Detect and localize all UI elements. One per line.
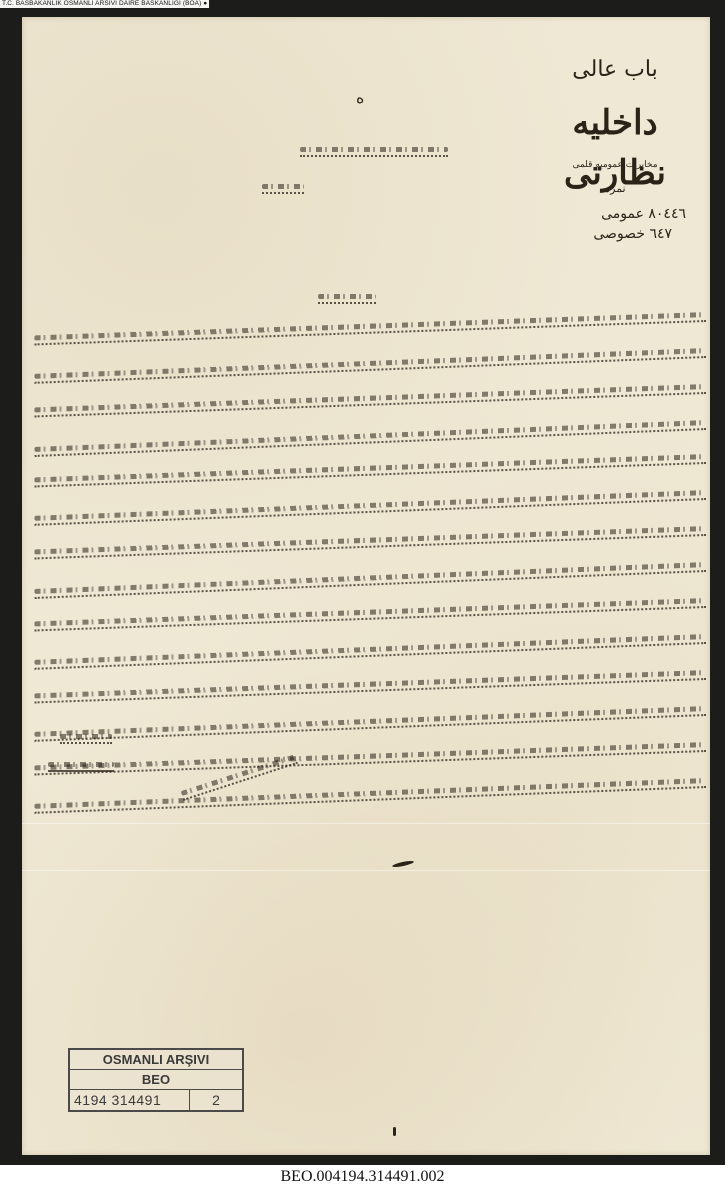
fold-line [22,870,710,871]
body-line [318,292,376,304]
stamp-page: 2 [190,1090,242,1110]
stamp-file-number: 4194 314491 [70,1090,190,1110]
letterhead-number-label: نمره [530,180,700,198]
stamp-title: OSMANLI ARŞIVI [70,1050,242,1070]
letterhead-emblem: باب عالی [530,50,700,90]
ink-mark [393,1127,396,1136]
archive-watermark: T.C. BASBAKANLIK OSMANLI ARSIVI DAIRE BA… [0,0,209,8]
private-number: ٦٤٧ خصوصی [530,226,700,242]
catalog-number: BEO.004194.314491.002 [0,1168,725,1186]
addressee-line [300,145,448,157]
letterhead-title: داخلیه نظارتی [530,98,700,148]
stamp-collection: BEO [70,1070,242,1090]
general-number: ٨٠٤٤٦ عمومی [530,206,700,222]
signature-title [60,732,112,744]
top-mark: ه [356,88,364,107]
signature [48,760,114,772]
letterhead: باب عالی داخلیه نظارتی مخابرات عمومیه قل… [530,50,700,242]
letterhead-subtitle: مخابرات عمومیه قلمی [530,158,700,172]
archive-stamp: OSMANLI ARŞIVI BEO 4194 314491 2 [68,1048,244,1112]
fold-line [22,823,710,824]
salutation-word [262,182,304,194]
stamp-reference-row: 4194 314491 2 [70,1090,242,1110]
